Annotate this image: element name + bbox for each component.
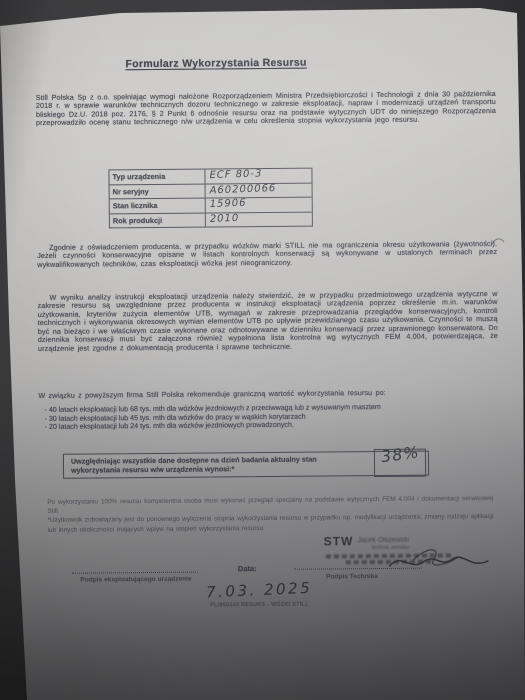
device-type-handwritten-value: ECF 80-3: [209, 168, 262, 181]
footnotes: Po wykorzystaniu 100% resursu kompetentn…: [47, 494, 493, 535]
date-label: Data:: [238, 564, 257, 573]
production-year-handwritten-value: 2010: [210, 213, 240, 225]
stray-pen-mark: [490, 234, 506, 248]
result-handwritten-percentage: 38%: [380, 442, 421, 466]
result-box: Uwzględniając wszystkie dane dostępne na…: [63, 451, 429, 479]
photo-background: Formularz Wykorzystania Resursu Still Po…: [0, 0, 525, 700]
stamp-company-prefix: STW: [324, 534, 354, 548]
operator-signature-line: [72, 572, 198, 574]
technician-signature-label: Podpis Technika: [326, 573, 378, 580]
technician-stamp: STW Jacek Olszewski technik serwisu: [324, 531, 494, 578]
document-content: Formularz Wykorzystania Resursu Still Po…: [33, 0, 497, 700]
result-box-label: Uwzględniając wszystkie dane dostępne na…: [71, 455, 361, 475]
meter-reading-row: Stan licznika 15906: [110, 197, 312, 213]
document-title: Formularz Wykorzystania Resursu: [125, 57, 306, 71]
operator-signature-label: Podpis eksploatującego urządzenie: [70, 576, 202, 584]
device-table: Typ urządzenia ECF 80-3 Nr seryjny A6020…: [108, 168, 313, 229]
production-year-value-cell: 2010: [206, 212, 312, 227]
recommendation-intro: W związku z powyższym firma Still Polska…: [38, 388, 498, 400]
producer-paragraph: Zgodnie z oświadczeniem producenta, w pr…: [37, 240, 497, 269]
analysis-paragraph: W wyniku analizy instrukcji eksploatacji…: [38, 290, 498, 353]
recommendation-list: - 40 latach eksploatacji lub 68 tys. mth…: [44, 402, 494, 432]
device-type-row: Typ urządzenia ECF 80-3: [109, 169, 311, 184]
meter-reading-value-cell: 15906: [206, 198, 312, 213]
paper-sheet: Formularz Wykorzystania Resursu Still Po…: [0, 0, 525, 700]
production-year-row: Rok produkcji 2010: [110, 211, 312, 227]
intro-paragraph: Still Polska Sp z o.o. spełniając wymogi…: [36, 90, 496, 128]
serial-number-handwritten-value: A60200066: [209, 183, 276, 196]
device-type-label: Typ urządzenia: [109, 170, 205, 184]
serial-number-value-cell: A60200066: [206, 183, 312, 198]
device-type-value-cell: ECF 80-3: [205, 169, 311, 184]
meter-reading-label: Stan licznika: [110, 199, 206, 213]
result-value-cell: 38%: [374, 449, 426, 477]
meter-reading-handwritten-value: 15906: [210, 198, 247, 210]
production-year-label: Rok produkcji: [110, 213, 206, 227]
technician-signature-scribble: [384, 541, 494, 576]
serial-number-label: Nr seryjny: [110, 184, 206, 198]
form-number: PL/850143 RESURS - WÓZKI STILL: [210, 602, 309, 609]
serial-number-row: Nr seryjny A60200066: [110, 182, 312, 198]
date-handwritten-value: 7.03. 2025: [206, 579, 313, 602]
